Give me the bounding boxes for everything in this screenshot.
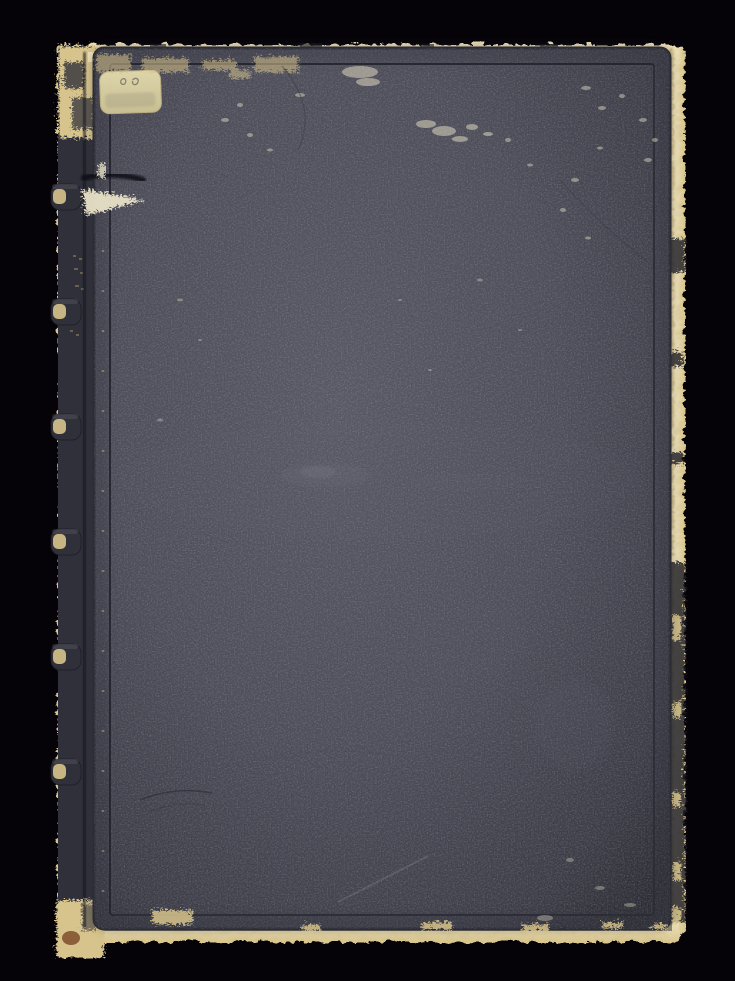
hinge-joint bbox=[83, 50, 92, 930]
book-cover-photo bbox=[0, 0, 735, 981]
label-sticker bbox=[99, 70, 161, 114]
photo-stage bbox=[0, 0, 735, 981]
front-cover bbox=[94, 48, 670, 929]
book bbox=[51, 43, 683, 956]
